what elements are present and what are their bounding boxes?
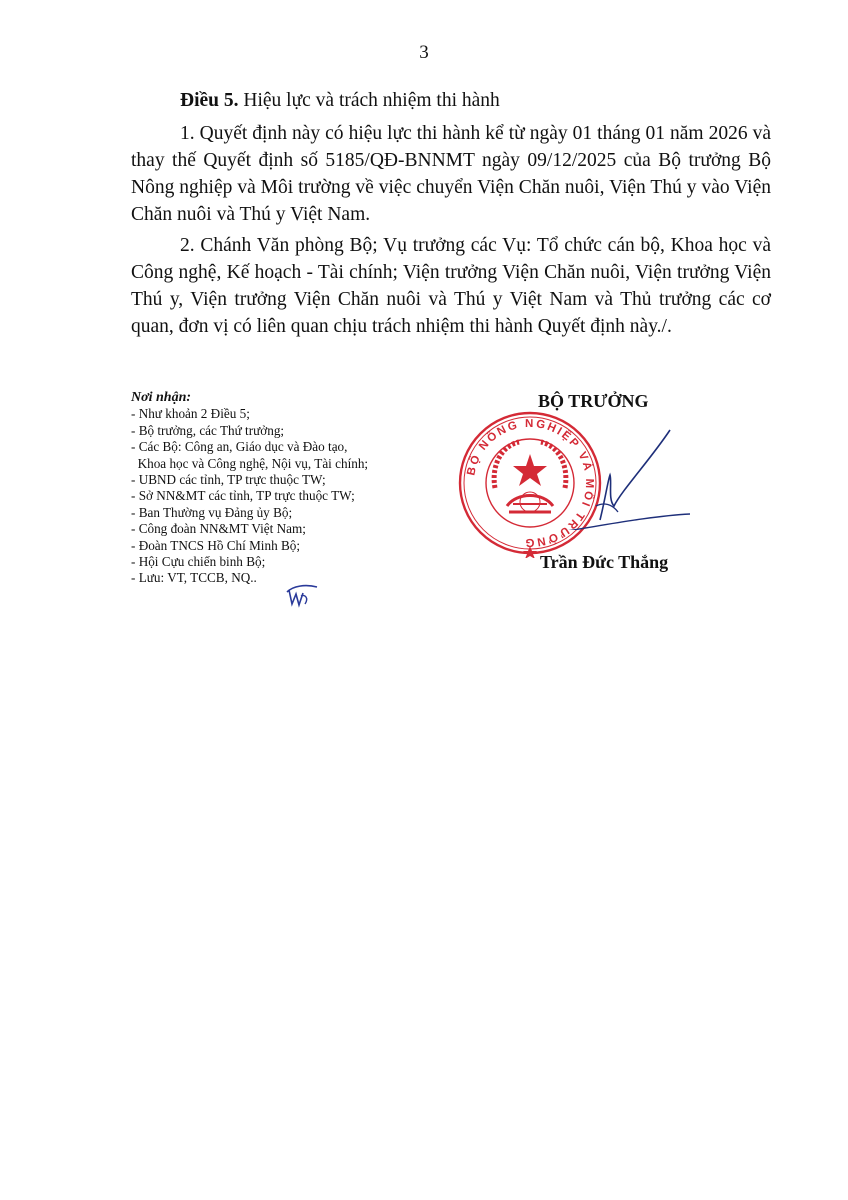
recipients-block: Nơi nhận: - Như khoản 2 Điều 5; - Bộ trư… — [131, 390, 368, 587]
recipients-title: Nơi nhận: — [131, 390, 368, 406]
article-label: Điều 5. — [180, 90, 239, 111]
recipient-item: - Công đoàn NN&MT Việt Nam; — [131, 521, 368, 537]
article-title: Hiệu lực và trách nhiệm thi hành — [243, 90, 499, 111]
recipient-item: - Đoàn TNCS Hồ Chí Minh Bộ; — [131, 538, 368, 554]
recipient-item: - Ban Thường vụ Đảng ủy Bộ; — [131, 505, 368, 521]
recipient-item: - Hội Cựu chiến binh Bộ; — [131, 554, 368, 570]
paragraph-2: 2. Chánh Văn phòng Bộ; Vụ trưởng các Vụ:… — [131, 232, 771, 340]
initials-mark-icon — [283, 584, 319, 610]
signer-name: Trần Đức Thắng — [540, 552, 668, 573]
recipient-item: - Như khoản 2 Điều 5; — [131, 406, 368, 422]
recipient-item: - UBND các tỉnh, TP trực thuộc TW; — [131, 472, 368, 488]
page-number: 3 — [0, 42, 848, 64]
recipient-item: - Lưu: VT, TCCB, NQ.. — [131, 570, 368, 586]
recipient-item: - Bộ trưởng, các Thứ trưởng; — [131, 423, 368, 439]
signature-icon — [560, 420, 690, 530]
recipient-item: Khoa học và Công nghệ, Nội vụ, Tài chính… — [131, 456, 368, 472]
recipient-item: - Các Bộ: Công an, Giáo dục và Đào tạo, — [131, 439, 368, 455]
paragraph-1: 1. Quyết định này có hiệu lực thi hành k… — [131, 120, 771, 228]
recipient-item: - Sở NN&MT các tỉnh, TP trực thuộc TW; — [131, 488, 368, 504]
article-heading: Điều 5. Hiệu lực và trách nhiệm thi hành — [180, 87, 500, 114]
